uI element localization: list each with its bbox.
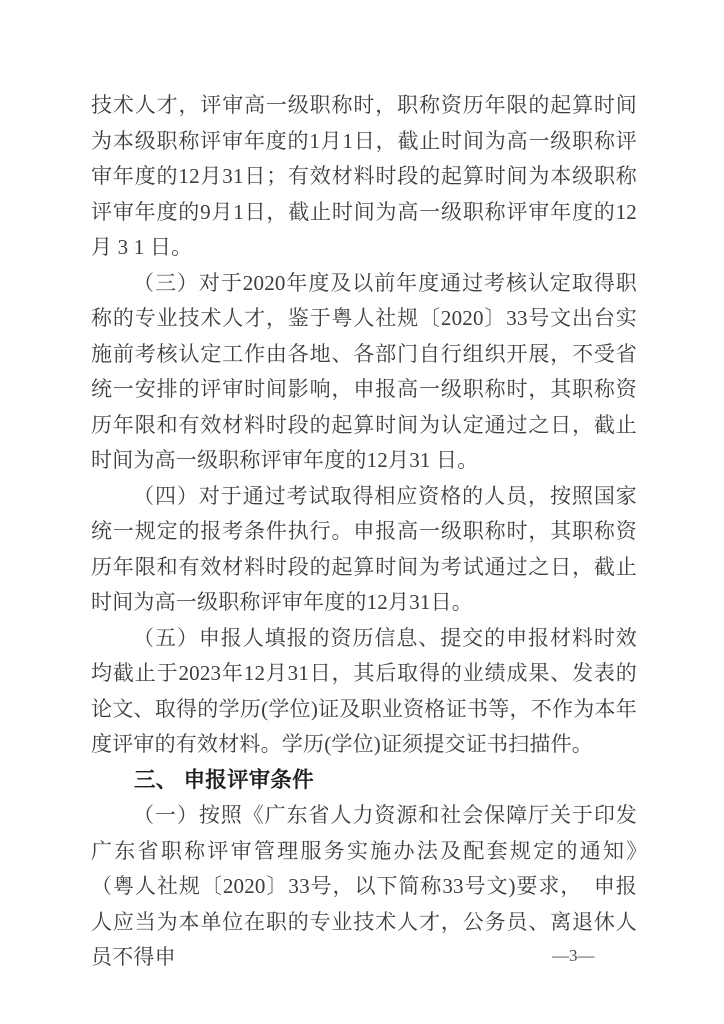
page-number: —3— <box>552 944 595 968</box>
paragraph-item-3: （三）对于2020年度及以前年度通过考核认定取得职称的专业技术人才，鉴于粤人社规… <box>91 266 637 479</box>
paragraph-item-5: （五）申报人填报的资历信息、提交的申报材料时效均截止于2023年12月31日，其… <box>91 621 637 763</box>
paragraph-item-4: （四）对于通过考试取得相应资格的人员，按照国家统一规定的报考条件执行。申报高一级… <box>91 479 637 621</box>
paragraph-continuation: 技术人才，评审高一级职称时，职称资历年限的起算时间为本级职称评审年度的1月1日，… <box>91 88 637 266</box>
document-body: 技术人才，评审高一级职称时，职称资历年限的起算时间为本级职称评审年度的1月1日，… <box>91 88 637 976</box>
document-page: 技术人才，评审高一级职称时，职称资历年限的起算时间为本级职称评审年度的1月1日，… <box>0 0 724 1024</box>
section-heading: 三、 申报评审条件 <box>91 763 637 799</box>
